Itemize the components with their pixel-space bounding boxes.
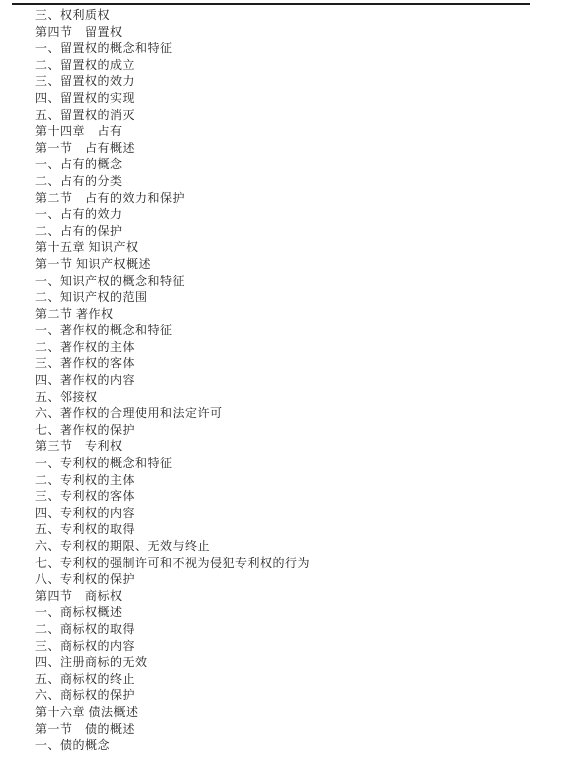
toc-item-line: 七、著作权的保护 xyxy=(35,422,535,439)
toc-item-line: 四、留置权的实现 xyxy=(35,90,535,107)
toc-item-line: 三、著作权的客体 xyxy=(35,355,535,372)
toc-item-line: 二、留置权的成立 xyxy=(35,57,535,74)
toc-chapter-line: 第十四章 占有 xyxy=(35,123,535,140)
toc-item-line: 五、邻接权 xyxy=(35,389,535,406)
toc-item-line: 六、著作权的合理使用和法定许可 xyxy=(35,405,535,422)
toc-section-line: 第二节 占有的效力和保护 xyxy=(35,190,535,207)
toc-item-line: 四、著作权的内容 xyxy=(35,372,535,389)
toc-item-line: 六、商标权的保护 xyxy=(35,687,535,704)
toc-item-line: 三、商标权的内容 xyxy=(35,638,535,655)
toc-item-line: 二、商标权的取得 xyxy=(35,621,535,638)
toc-section-line: 第一节 知识产权概述 xyxy=(35,256,535,273)
toc-item-line: 一、占有的概念 xyxy=(35,156,535,173)
toc-item-line: 八、专利权的保护 xyxy=(35,571,535,588)
toc-section-line: 第一节 占有概述 xyxy=(35,140,535,157)
toc-item-line: 二、占有的保护 xyxy=(35,223,535,240)
toc-item-line: 一、知识产权的概念和特征 xyxy=(35,273,535,290)
toc-chapter-line: 第十六章 债法概述 xyxy=(35,704,535,721)
toc-section-line: 第二节 著作权 xyxy=(35,306,535,323)
toc-item-line: 二、著作权的主体 xyxy=(35,339,535,356)
toc-item-line: 五、专利权的取得 xyxy=(35,521,535,538)
toc-item-line: 六、专利权的期限、无效与终止 xyxy=(35,538,535,555)
toc-item-line: 一、占有的效力 xyxy=(35,206,535,223)
table-of-contents: 三、权利质权 第四节 留置权 一、留置权的概念和特征 二、留置权的成立 三、留置… xyxy=(35,7,535,754)
toc-section-line: 第三节 专利权 xyxy=(35,438,535,455)
toc-item-line: 一、债的概念 xyxy=(35,737,535,754)
toc-item-line: 三、留置权的效力 xyxy=(35,73,535,90)
toc-item-line: 一、商标权概述 xyxy=(35,604,535,621)
toc-section-line: 第四节 留置权 xyxy=(35,24,535,41)
page-top-rule xyxy=(12,3,530,5)
toc-item-line: 二、占有的分类 xyxy=(35,173,535,190)
toc-item-line: 三、专利权的客体 xyxy=(35,488,535,505)
toc-item-line: 二、知识产权的范围 xyxy=(35,289,535,306)
toc-item-line: 五、商标权的终止 xyxy=(35,671,535,688)
toc-item-line: 三、权利质权 xyxy=(35,7,535,24)
toc-item-line: 一、留置权的概念和特征 xyxy=(35,40,535,57)
toc-item-line: 四、注册商标的无效 xyxy=(35,654,535,671)
toc-item-line: 一、著作权的概念和特征 xyxy=(35,322,535,339)
toc-item-line: 二、专利权的主体 xyxy=(35,472,535,489)
toc-section-line: 第一节 债的概述 xyxy=(35,721,535,738)
toc-item-line: 一、专利权的概念和特征 xyxy=(35,455,535,472)
toc-section-line: 第四节 商标权 xyxy=(35,588,535,605)
scanned-toc-page: 三、权利质权 第四节 留置权 一、留置权的概念和特征 二、留置权的成立 三、留置… xyxy=(0,0,563,767)
toc-chapter-line: 第十五章 知识产权 xyxy=(35,239,535,256)
toc-item-line: 四、专利权的内容 xyxy=(35,505,535,522)
toc-item-line: 七、专利权的强制许可和不视为侵犯专利权的行为 xyxy=(35,555,535,572)
toc-item-line: 五、留置权的消灭 xyxy=(35,107,535,124)
